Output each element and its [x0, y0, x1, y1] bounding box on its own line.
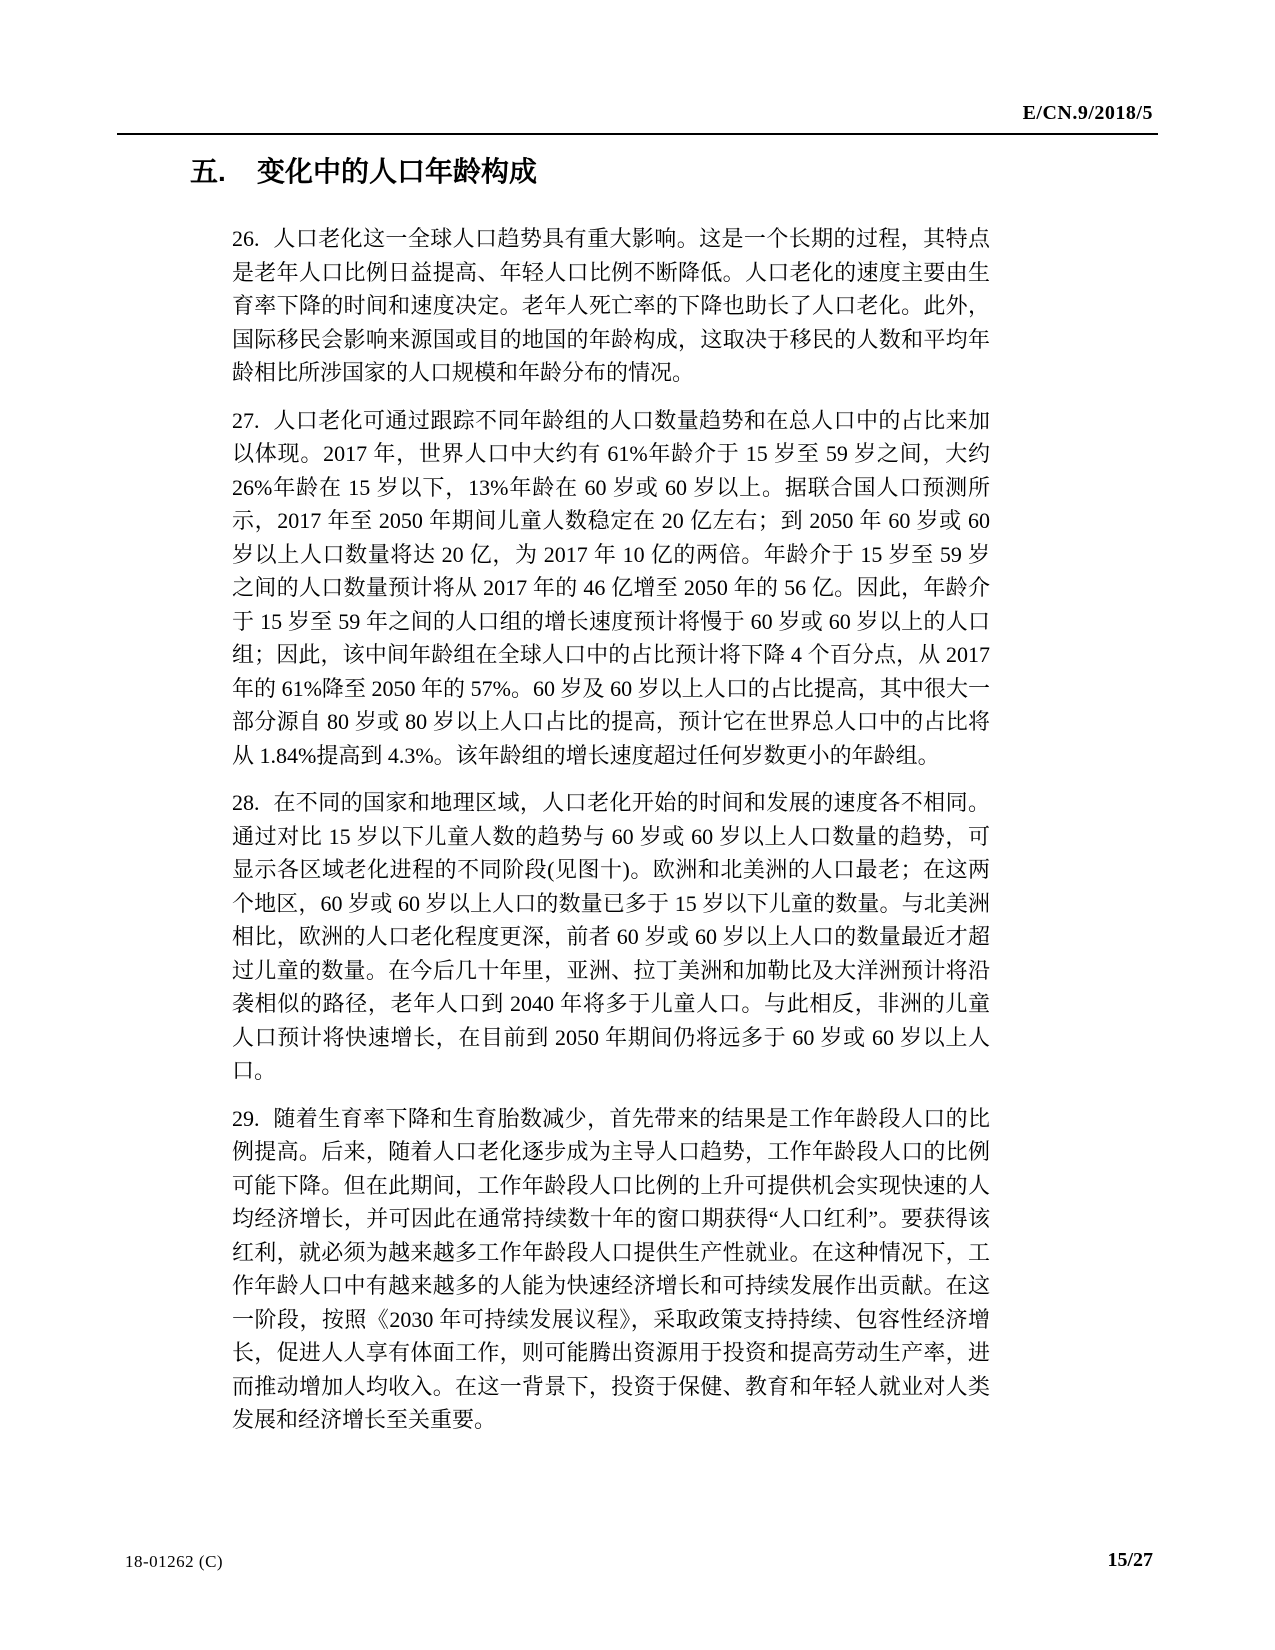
footer-page-number: 15/27	[1107, 1549, 1153, 1572]
paragraph-27-number: 27.	[232, 404, 273, 438]
paragraph-29-number: 29.	[232, 1102, 273, 1136]
paragraph-29-text: 随着生育率下降和生育胎数减少，首先带来的结果是工作年龄段人口的比例提高。后来，随…	[232, 1106, 990, 1433]
document-body: 26.人口老化这一全球人口趋势具有重大影响。这是一个长期的过程，其特点是老年人口…	[232, 222, 990, 1451]
doc-symbol: E/CN.9/2018/5	[1023, 102, 1153, 125]
section-number: 五.	[190, 155, 257, 189]
header-rule	[117, 133, 1158, 135]
document-page: E/CN.9/2018/5 五.变化中的人口年龄构成 26.人口老化这一全球人口…	[0, 0, 1275, 1650]
section-title: 变化中的人口年龄构成	[257, 156, 537, 187]
paragraph-28-number: 28.	[232, 786, 273, 820]
section-heading: 五.变化中的人口年龄构成	[190, 155, 537, 189]
paragraph-29: 29.随着生育率下降和生育胎数减少，首先带来的结果是工作年龄段人口的比例提高。后…	[232, 1102, 990, 1437]
footer-job-number: 18-01262 (C)	[125, 1552, 223, 1572]
paragraph-28: 28.在不同的国家和地理区域，人口老化开始的时间和发展的速度各不相同。通过对比 …	[232, 786, 990, 1088]
paragraph-26-text: 人口老化这一全球人口趋势具有重大影响。这是一个长期的过程，其特点是老年人口比例日…	[232, 226, 990, 385]
paragraph-28-text: 在不同的国家和地理区域，人口老化开始的时间和发展的速度各不相同。通过对比 15 …	[232, 790, 990, 1083]
paragraph-26: 26.人口老化这一全球人口趋势具有重大影响。这是一个长期的过程，其特点是老年人口…	[232, 222, 990, 390]
paragraph-26-number: 26.	[232, 222, 273, 256]
paragraph-27-text: 人口老化可通过跟踪不同年龄组的人口数量趋势和在总人口中的占比来加以体现。2017…	[232, 408, 990, 768]
paragraph-27: 27.人口老化可通过跟踪不同年龄组的人口数量趋势和在总人口中的占比来加以体现。2…	[232, 404, 990, 773]
